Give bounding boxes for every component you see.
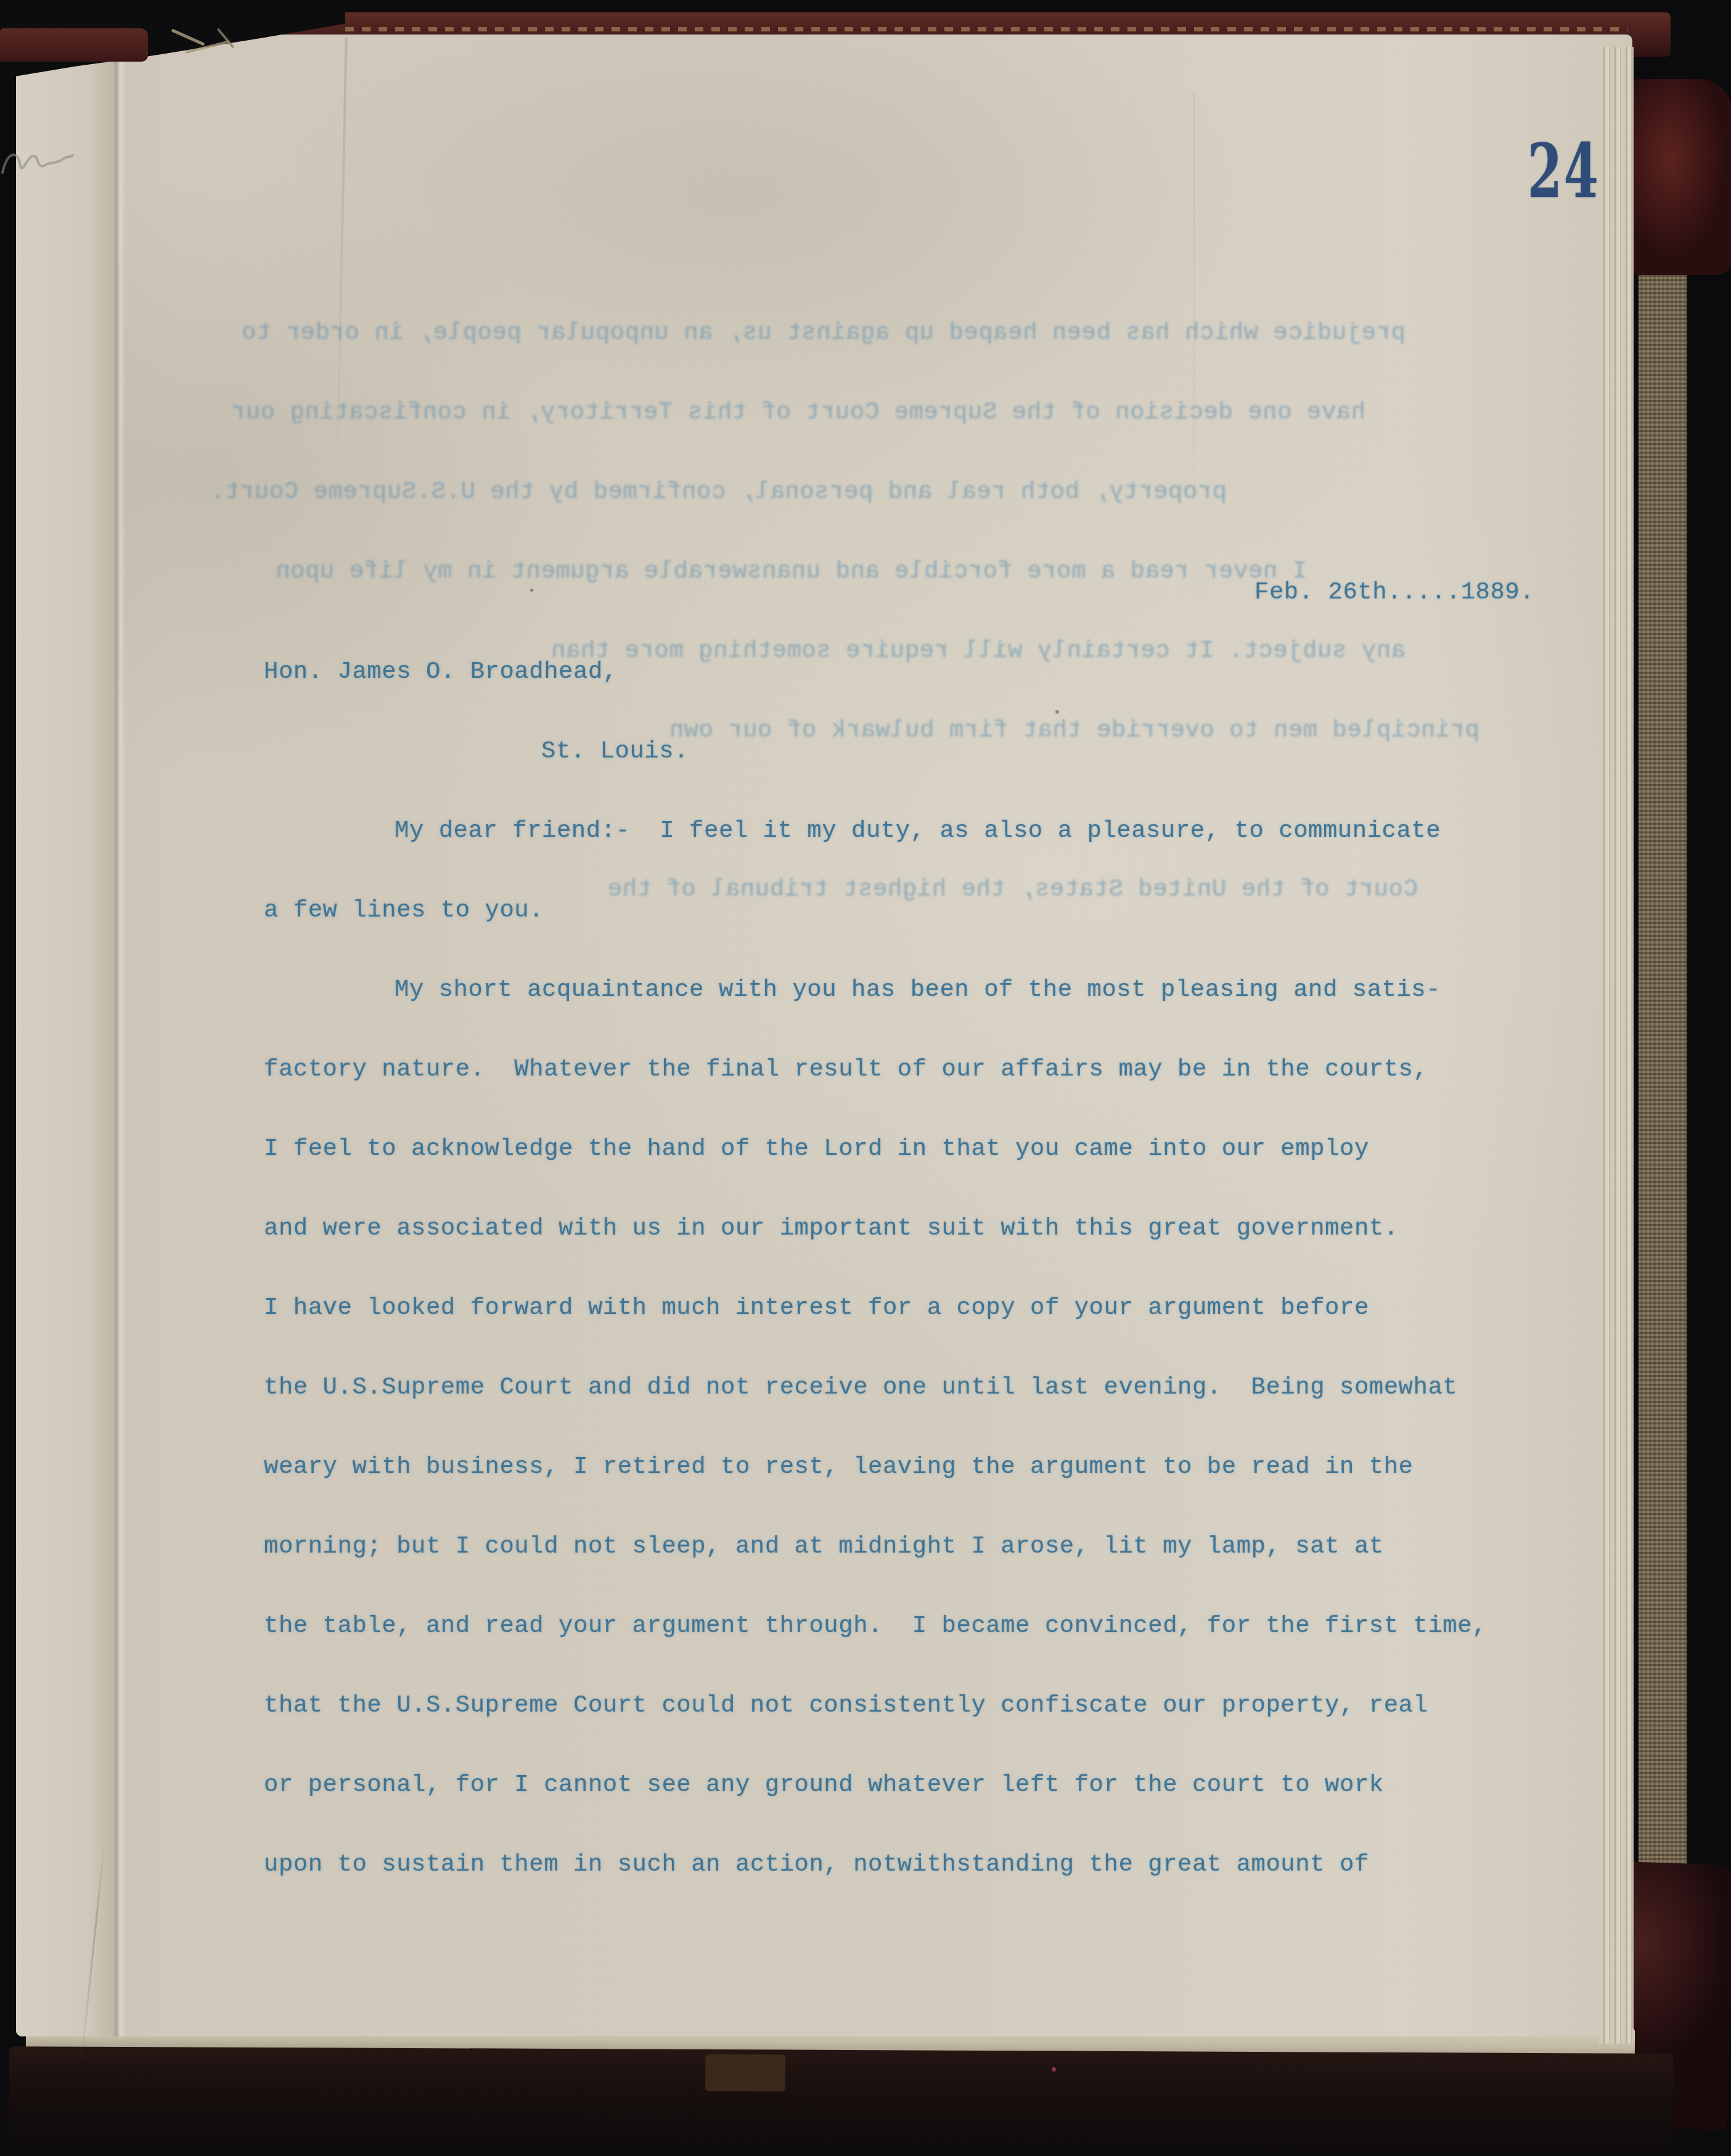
cover-fragment-top-left — [0, 28, 148, 62]
body-line: the U.S.Supreme Court and did not receiv… — [264, 1373, 1457, 1402]
body-line: a few lines to you. — [264, 896, 544, 925]
body-line: and were associated with us in our impor… — [264, 1214, 1399, 1243]
body-line: My dear friend:- I feel it my duty, as a… — [395, 816, 1441, 846]
city-line: St. Louis. — [541, 737, 689, 766]
body-line: that the U.S.Supreme Court could not con… — [264, 1691, 1428, 1720]
scanned-letter-page: prejudice which has been heaped up again… — [0, 0, 1731, 2156]
recipient-line: Hon. James O. Broadhead, — [264, 657, 618, 687]
body-line: I feel to acknowledge the hand of the Lo… — [264, 1134, 1369, 1164]
body-line: or personal, for I cannot see any ground… — [264, 1770, 1384, 1800]
body-line: My short acquaintance with you has been … — [395, 975, 1441, 1005]
date-line: Feb. 26th.....1889. — [1254, 578, 1534, 607]
body-line: the table, and read your argument throug… — [264, 1611, 1487, 1641]
body-line: I have looked forward with much interest… — [264, 1293, 1369, 1323]
body-line: factory nature. Whatever the final resul… — [264, 1055, 1428, 1084]
body-line: weary with business, I retired to rest, … — [264, 1452, 1414, 1482]
typed-text-layer: Feb. 26th.....1889. Hon. James O. Broadh… — [0, 0, 1731, 2156]
page-number-stamp: 24 — [1528, 133, 1600, 208]
pencil-scribble — [0, 137, 86, 186]
body-line: morning; but I could not sleep, and at m… — [264, 1532, 1384, 1561]
body-line: upon to sustain them in such an action, … — [264, 1850, 1369, 1879]
